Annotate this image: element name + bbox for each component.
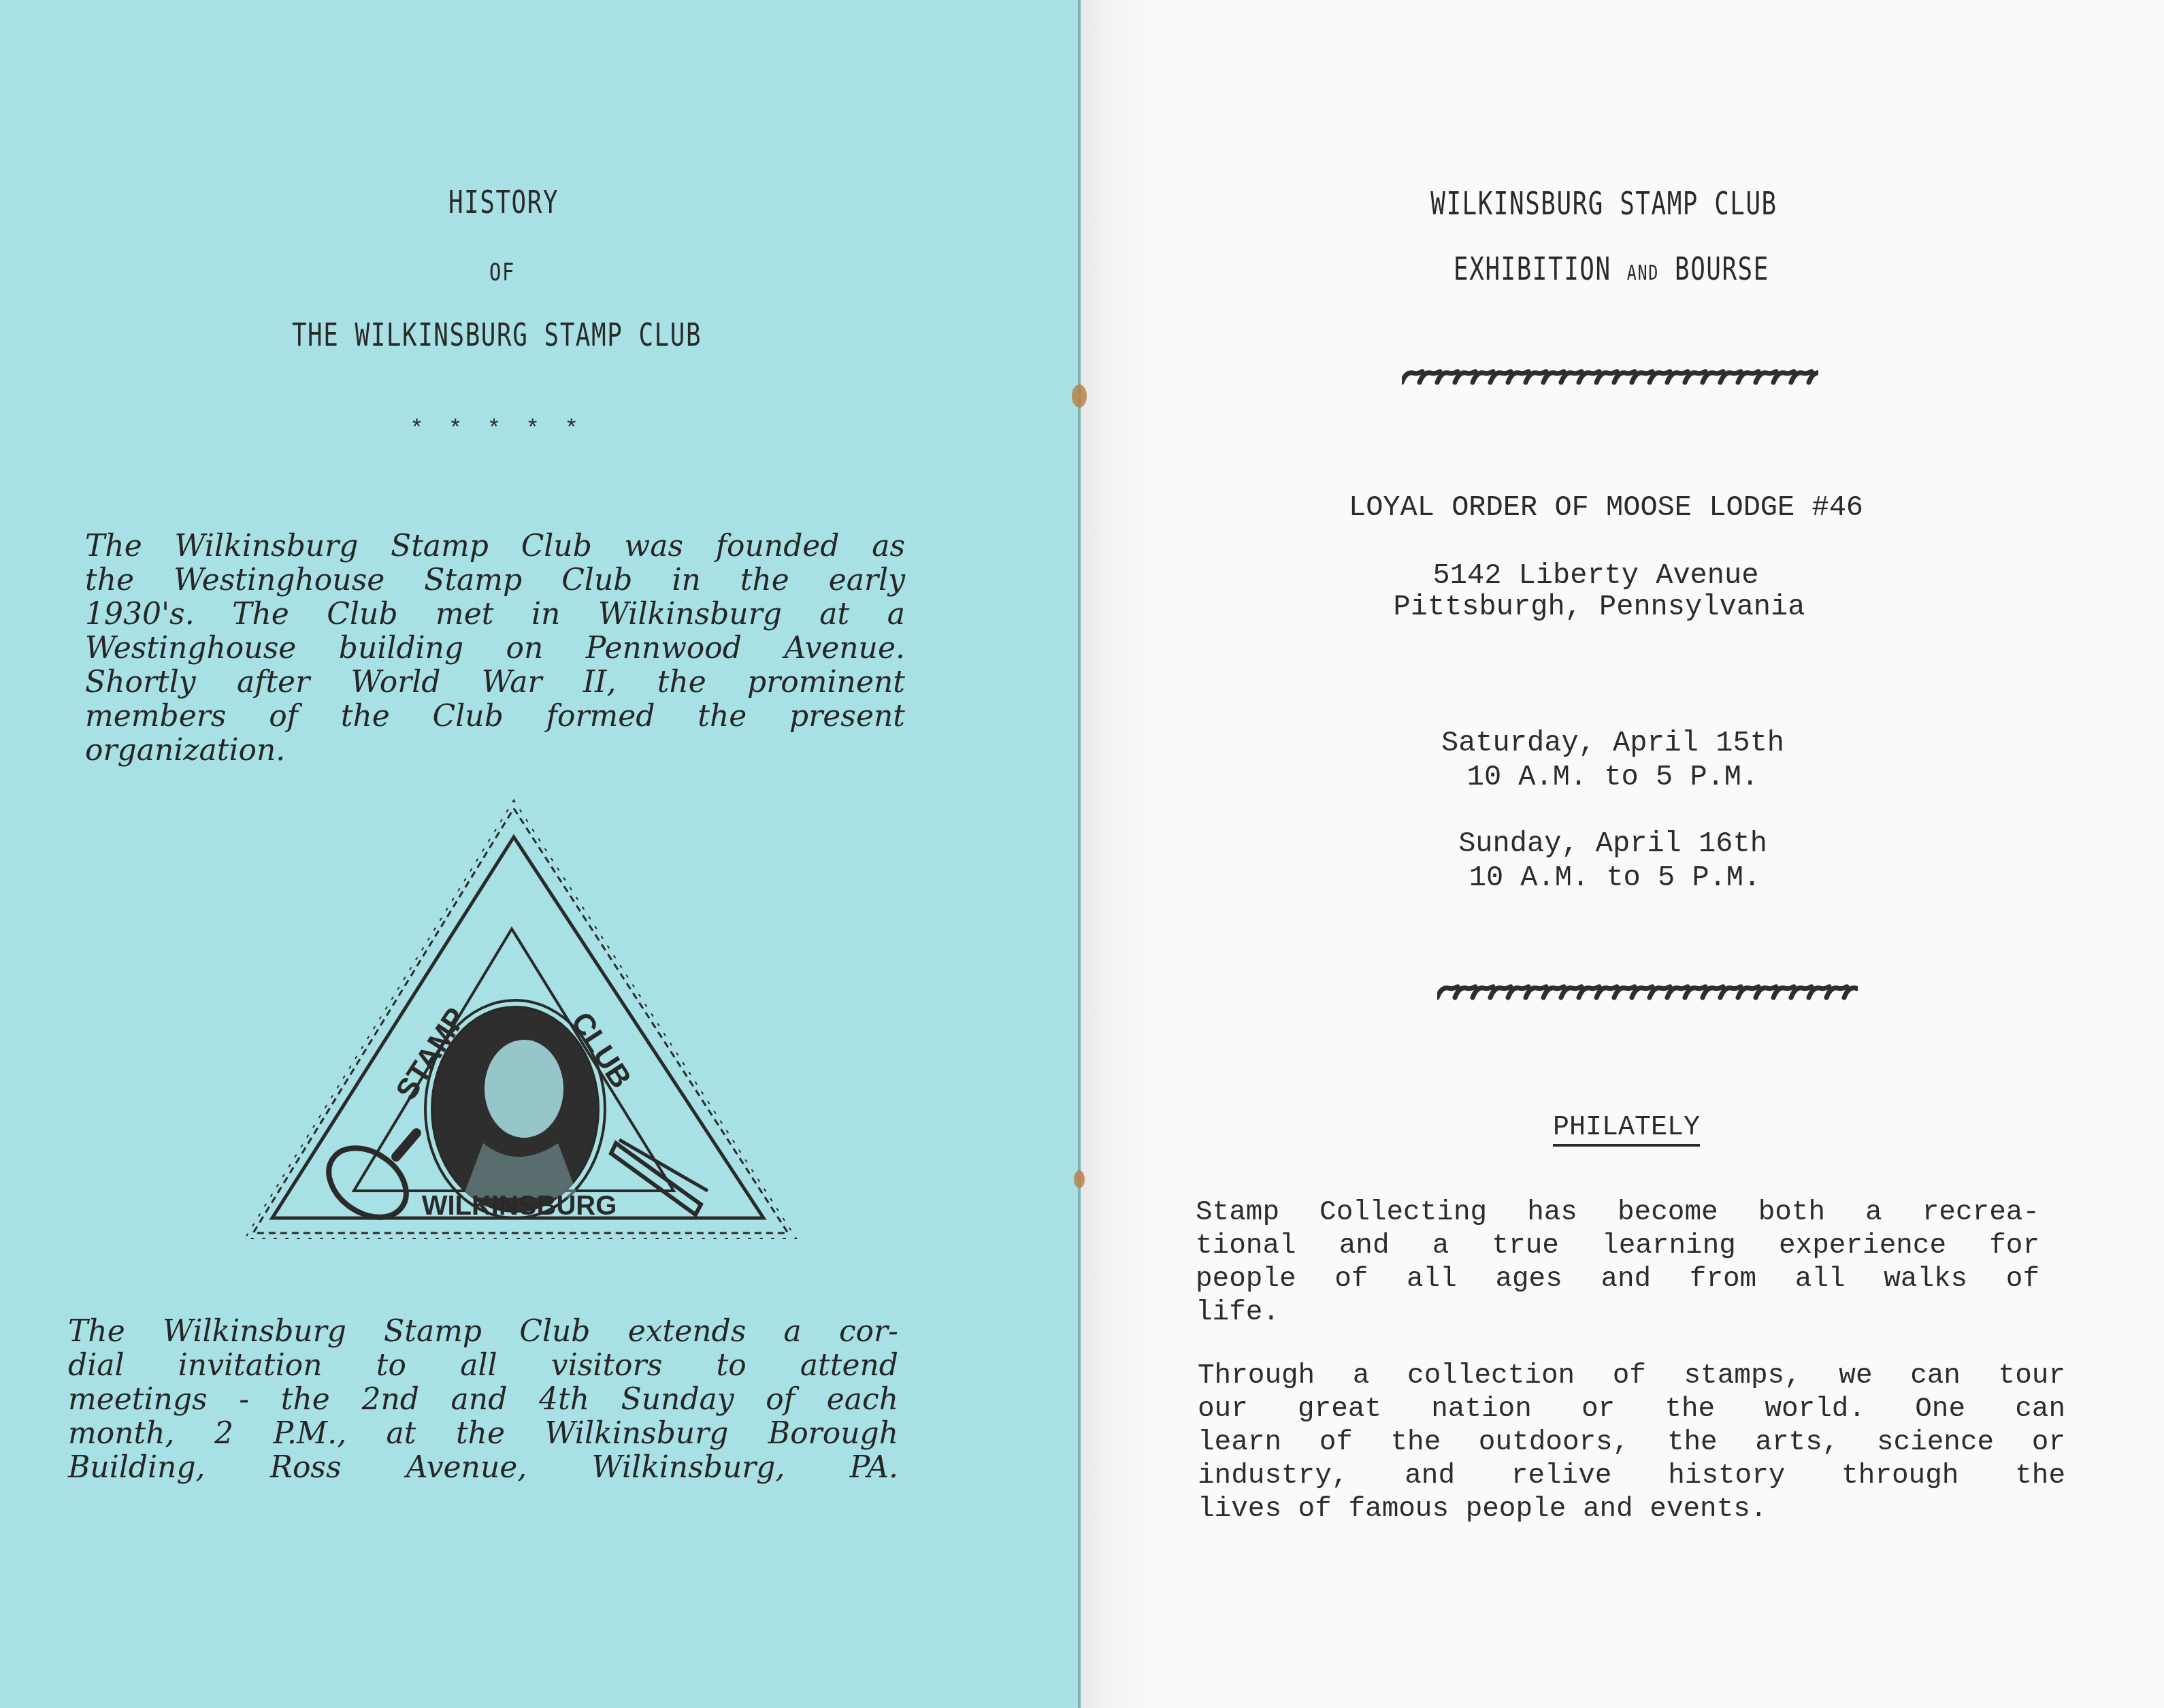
- history-title-of: OF: [489, 259, 515, 286]
- schedule-day-2: Sunday, April 16th: [1458, 827, 1767, 860]
- history-title: HISTORY: [448, 184, 559, 220]
- schedule-hours-2: 10 A.M. to 5 P.M.: [1469, 861, 1760, 894]
- philately-paragraph-2: Through a collection of stamps, we can t…: [1198, 1360, 2065, 1526]
- text-line: Westinghouse building on Pennwood Avenue…: [85, 631, 905, 666]
- schedule-hours-1: 10 A.M. to 5 P.M.: [1467, 761, 1758, 793]
- and-word: AND: [1627, 261, 1659, 285]
- text-line: organization.: [85, 734, 905, 768]
- chain-divider-icon: [1402, 369, 1818, 387]
- text-line: the Westinghouse Stamp Club in the early: [85, 563, 905, 597]
- text-line: month, 2 P.M., at the Wilkinsburg Boroug…: [68, 1417, 898, 1451]
- text-line: learn of the outdoors, the arts, science…: [1198, 1426, 2065, 1460]
- text-line: The Wilkinsburg Stamp Club was founded a…: [85, 529, 905, 563]
- staple-mark: [1072, 384, 1087, 408]
- history-club-name: THE WILKINSBURG STAMP CLUB: [292, 316, 702, 353]
- stamp-club-emblem: STAMP CLUB WILKINSBURG: [238, 789, 803, 1245]
- exhibition-club-name: WILKINSBURG STAMP CLUB: [1430, 185, 1777, 222]
- text-line: people of all ages and from all walks of: [1196, 1263, 2039, 1296]
- text-line: Stamp Collecting has become both a recre…: [1196, 1196, 2039, 1230]
- text-line: industry, and relive history through the: [1198, 1460, 2065, 1493]
- exhibition-word: EXHIBITION: [1454, 250, 1611, 287]
- text-line: tional and a true learning experience fo…: [1196, 1230, 2039, 1263]
- text-line: meetings - the 2nd and 4th Sunday of eac…: [68, 1383, 898, 1417]
- history-paragraph: The Wilkinsburg Stamp Club was founded a…: [85, 529, 905, 768]
- text-line: dial invitation to all visitors to atten…: [68, 1349, 898, 1383]
- emblem-wilkinsburg-text: WILKINSBURG: [422, 1191, 617, 1221]
- stamp-tongs-icon: [611, 1140, 708, 1215]
- triangle-stamp-icon: STAMP CLUB WILKINSBURG: [238, 789, 803, 1245]
- invitation-paragraph: The Wilkinsburg Stamp Club extends a cor…: [68, 1315, 898, 1485]
- staple-mark: [1074, 1170, 1085, 1188]
- philately-paragraph-1: Stamp Collecting has become both a recre…: [1196, 1196, 2039, 1330]
- asterisk-separator: * * * * *: [410, 416, 584, 442]
- schedule-day-1: Saturday, April 15th: [1441, 727, 1784, 759]
- text-line: our great nation or the world. One can: [1198, 1393, 2065, 1426]
- text-line: members of the Club formed the present: [85, 700, 905, 734]
- left-page: HISTORY OF THE WILKINSBURG STAMP CLUB * …: [0, 0, 1081, 1708]
- venue-name: LOYAL ORDER OF MOOSE LODGE #46: [1349, 491, 1863, 524]
- address-city: Pittsburgh, Pennsylvania: [1394, 591, 1805, 623]
- text-line: Through a collection of stamps, we can t…: [1198, 1360, 2065, 1393]
- address-street: 5142 Liberty Avenue: [1433, 559, 1759, 592]
- book-spine: [1078, 0, 1081, 1708]
- chain-divider-icon: [1437, 984, 1858, 1002]
- text-line: life.: [1196, 1296, 2039, 1330]
- text-line: Shortly after World War II, the prominen…: [85, 666, 905, 700]
- philately-heading: PHILATELY: [1553, 1113, 1700, 1143]
- exhibition-title: EXHIBITION AND BOURSE: [1454, 250, 1769, 287]
- text-line: The Wilkinsburg Stamp Club extends a cor…: [68, 1315, 898, 1349]
- text-line: Building, Ross Avenue, Wilkinsburg, PA.: [68, 1451, 898, 1485]
- bourse-word: BOURSE: [1675, 250, 1769, 287]
- text-line: 1930's. The Club met in Wilkinsburg at a: [85, 597, 905, 631]
- text-line: lives of famous people and events.: [1198, 1493, 2065, 1526]
